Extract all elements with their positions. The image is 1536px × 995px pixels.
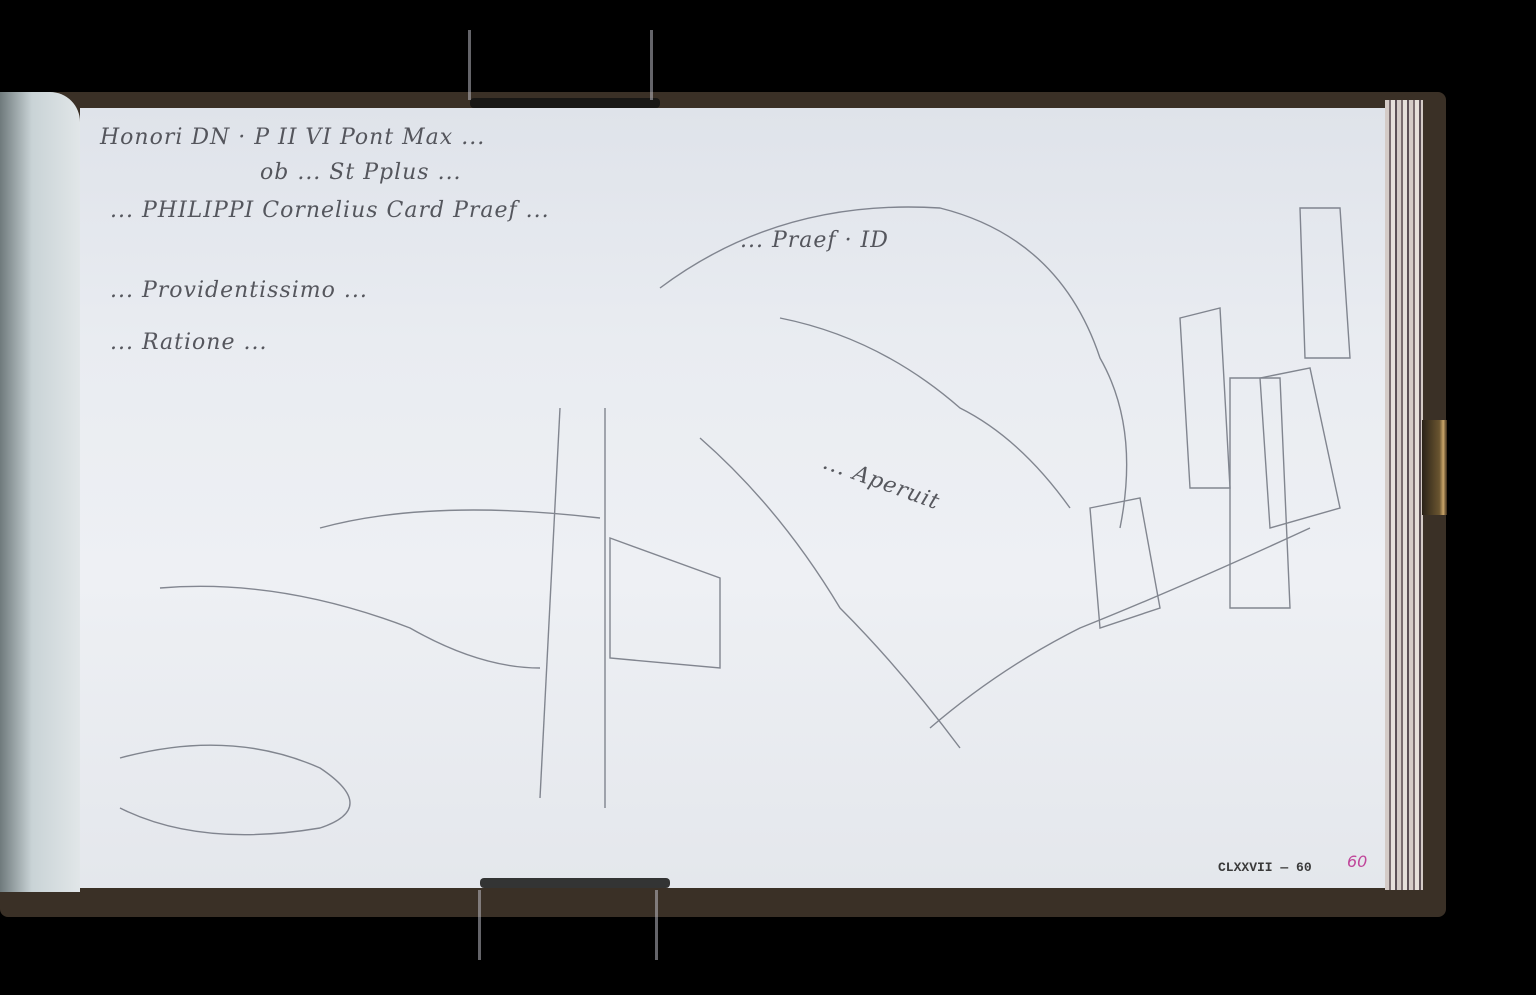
- catalogue-label: CLXXVII — 60: [1218, 860, 1312, 875]
- clasp-strap: [1422, 420, 1447, 515]
- inscription-line: ob ... St Pplus ...: [260, 160, 462, 185]
- clip-wire: [478, 890, 481, 960]
- page-edges: [1385, 100, 1423, 890]
- clip-wire: [468, 30, 471, 100]
- inscription-line: ... Ratione ...: [110, 330, 267, 355]
- inscription-line: ... Praef · ID: [740, 228, 889, 253]
- inscription-line: Honori DN · P II VI Pont Max ...: [100, 125, 485, 150]
- page-clip-top: [470, 98, 660, 108]
- pencil-page-number: 60: [1347, 852, 1367, 871]
- clip-wire: [650, 30, 653, 100]
- pencil-sketch: [80, 108, 1385, 888]
- inscription-line: ... Providentissimo ...: [110, 278, 368, 303]
- page-clip-bottom: [480, 878, 670, 888]
- clip-wire: [655, 890, 658, 960]
- left-page: [0, 92, 80, 892]
- inscription-line: ... PHILIPPI Cornelius Card Praef ...: [110, 198, 550, 223]
